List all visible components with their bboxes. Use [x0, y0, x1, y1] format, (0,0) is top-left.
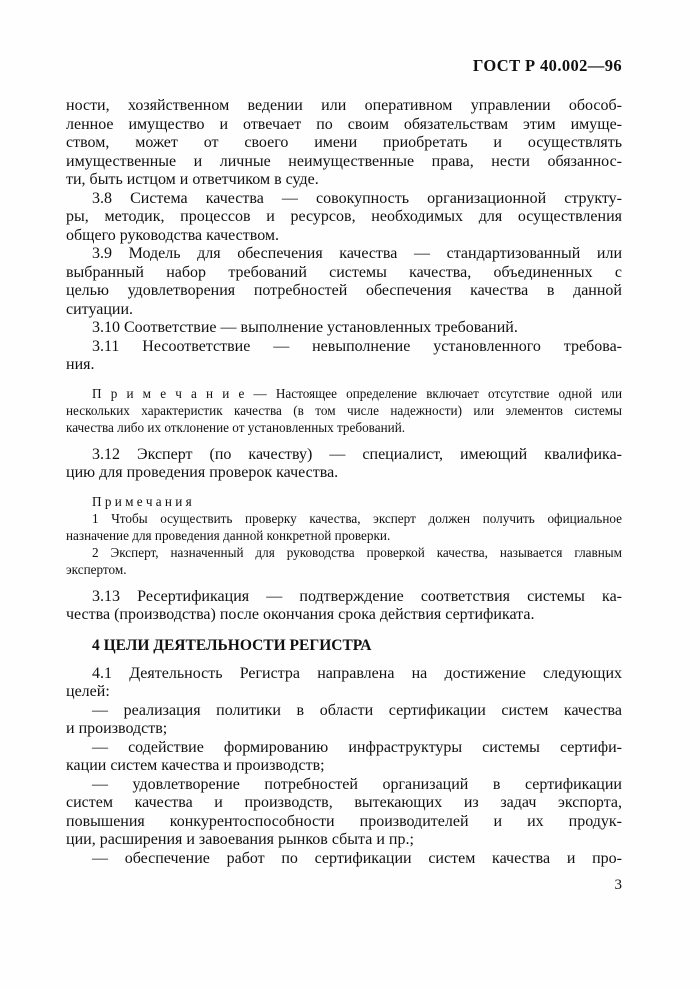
text-line: повышения конкурентоспособности производ…: [66, 813, 622, 832]
text-line: цию для проведения проверок качества.: [66, 464, 622, 483]
body-paragraph: ности, хозяйственном ведении или операти…: [66, 97, 622, 190]
text-line: ния.: [66, 356, 622, 375]
text-line: ции, расширения и завоевания рынков сбыт…: [66, 831, 622, 850]
text-line: кации систем качества и производств;: [66, 757, 622, 776]
text-line: 2 Эксперт, назначенный для руководства п…: [66, 544, 622, 561]
text-line: — обеспечение работ по сертификации сист…: [66, 850, 622, 869]
text-line: выбранный набор требований системы качес…: [66, 264, 622, 283]
text-line: систем качества и производств, вытекающи…: [66, 794, 622, 813]
text-line: — удовлетворение потребностей организаци…: [66, 776, 622, 795]
text-line: П р и м е ч а н и я: [66, 493, 622, 510]
body-paragraph: 4.1 Деятельность Регистра направлена на …: [66, 665, 622, 702]
text-line: общего руководства качеством.: [66, 227, 622, 246]
body-paragraph: — содействие формированию инфраструктуры…: [66, 739, 622, 776]
text-line: 3.13 Ресертификация — подтверждение соот…: [66, 588, 622, 607]
note-paragraph: 1 Чтобы осуществить проверку качества, э…: [66, 510, 622, 544]
text-line: 1 Чтобы осуществить проверку качества, э…: [66, 510, 622, 527]
body-paragraph: — обеспечение работ по сертификации сист…: [66, 850, 622, 869]
section-heading: 4 ЦЕЛИ ДЕЯТЕЛЬНОСТИ РЕГИСТРА: [66, 637, 622, 655]
note-paragraph: П р и м е ч а н и е — Настоящее определе…: [66, 385, 622, 436]
text-line: ности, хозяйственном ведении или операти…: [66, 97, 622, 116]
text-line: П р и м е ч а н и е — Настоящее определе…: [66, 385, 622, 402]
note-paragraph: 2 Эксперт, назначенный для руководства п…: [66, 544, 622, 578]
body-paragraph: — удовлетворение потребностей организаци…: [66, 776, 622, 850]
text-line: качества либо их отклонение от установле…: [66, 419, 622, 436]
text-line: 3.12 Эксперт (по качеству) — специалист,…: [66, 446, 622, 465]
gost-standard-number: ГОСТ Р 40.002—96: [66, 57, 622, 75]
text-line: ры, методик, процессов и ресурсов, необх…: [66, 208, 622, 227]
text-line: 3.11 Несоответствие — невыполнение устан…: [66, 338, 622, 357]
text-line: 3.10 Соответствие — выполнение установле…: [66, 319, 622, 338]
page-number: 3: [66, 876, 622, 894]
body-paragraph: 3.11 Несоответствие — невыполнение устан…: [66, 338, 622, 375]
text-line: и производств;: [66, 720, 622, 739]
text-line: ти, быть истцом и ответчиком в суде.: [66, 171, 622, 190]
text-line: чества (производства) после окончания ср…: [66, 606, 622, 625]
text-line: — реализация политики в области сертифик…: [66, 702, 622, 721]
body-paragraph: 3.9 Модель для обеспечения качества — ст…: [66, 245, 622, 319]
text-line: ленное имущество и отвечает по своим обя…: [66, 116, 622, 135]
text-line: — содействие формированию инфраструктуры…: [66, 739, 622, 758]
body-paragraph: 3.13 Ресертификация — подтверждение соот…: [66, 588, 622, 625]
text-line: имущественные и личные неимущественные п…: [66, 153, 622, 172]
text-line: целью удовлетворения потребностей обеспе…: [66, 282, 622, 301]
text-line: ством, может от своего имени приобретать…: [66, 134, 622, 153]
note-paragraph: П р и м е ч а н и я: [66, 493, 622, 510]
text-line: 3.8 Система качества — совокупность орга…: [66, 190, 622, 209]
text-line: 3.9 Модель для обеспечения качества — ст…: [66, 245, 622, 264]
text-line: целей:: [66, 683, 622, 702]
body-paragraph: 3.10 Соответствие — выполнение установле…: [66, 319, 622, 338]
body-paragraph: — реализация политики в области сертифик…: [66, 702, 622, 739]
document-body: ности, хозяйственном ведении или операти…: [66, 97, 622, 868]
text-line: назначение для проведения данной конкрет…: [66, 527, 622, 544]
body-paragraph: 3.12 Эксперт (по качеству) — специалист,…: [66, 446, 622, 483]
text-line: 4.1 Деятельность Регистра направлена на …: [66, 665, 622, 684]
text-line: ситуации.: [66, 301, 622, 320]
text-line: нескольких характеристик качества (в том…: [66, 402, 622, 419]
text-line: экспертом.: [66, 561, 622, 578]
document-page: ГОСТ Р 40.002—96 ности, хозяйственном ве…: [0, 0, 700, 989]
body-paragraph: 3.8 Система качества — совокупность орга…: [66, 190, 622, 246]
text-line: 4 ЦЕЛИ ДЕЯТЕЛЬНОСТИ РЕГИСТРА: [66, 637, 622, 655]
